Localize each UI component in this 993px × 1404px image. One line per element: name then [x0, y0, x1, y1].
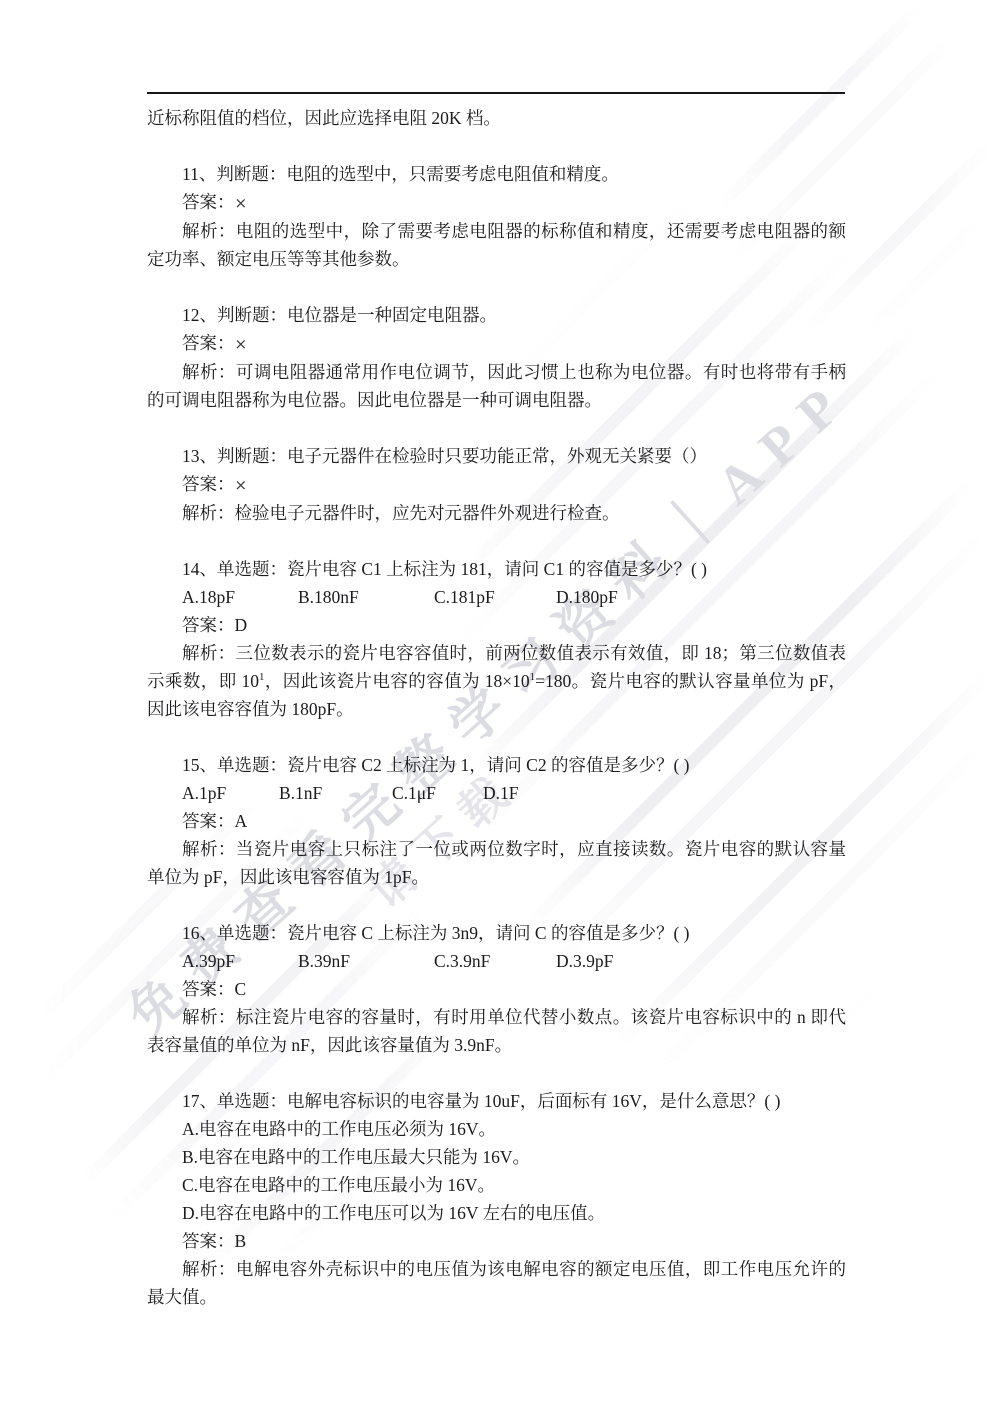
- option-c: C.1μF: [392, 779, 483, 807]
- answer-value: ×: [235, 335, 248, 353]
- question-12: 12、判断题：电位器是一种固定电阻器。 答案：× 解析：可调电阻器通常用作电位调…: [147, 301, 846, 414]
- answer-line: 答案：C: [147, 975, 846, 1003]
- question-11: 11、判断题：电阻的选型中，只需要考虑电阻值和精度。 答案：× 解析：电阻的选型…: [147, 160, 846, 273]
- answer-label: 答案：: [182, 615, 235, 635]
- answer-value: A: [235, 811, 248, 831]
- option-line-d: D.电容在电路中的工作电压可以为 16V 左右的电压值。: [147, 1199, 846, 1227]
- analysis-label: 解析：: [182, 1007, 236, 1027]
- answer-line: 答案：×: [147, 329, 846, 358]
- analysis-text: 当瓷片电容上只标注了一位或两位数字时，应直接读数。瓷片电容的默认容量单位为 pF…: [147, 839, 846, 887]
- analysis-text: 电阻的选型中，除了需要考虑电阻器的标称值和精度，还需要考虑电阻器的额定功率、额定…: [147, 221, 846, 269]
- answer-line: 答案：×: [147, 470, 846, 499]
- answer-label: 答案：: [182, 1231, 235, 1251]
- analysis-text: 电解电容外壳标识中的电压值为该电解电容的额定电压值，即工作电压允许的最大值。: [147, 1259, 846, 1307]
- analysis-label: 解析：: [182, 839, 236, 859]
- question-title: 15、单选题：瓷片电容 C2 上标注为 1，请问 C2 的容值是多少？( ): [147, 751, 846, 779]
- analysis-line: 解析：可调电阻器通常用作电位调节，因此习惯上也称为电位器。有时也将带有手柄的可调…: [147, 358, 846, 414]
- answer-value: ×: [235, 194, 248, 212]
- option-a: A.1pF: [182, 779, 279, 807]
- question-17: 17、单选题：电解电容标识的电容量为 10uF，后面标有 16V，是什么意思？(…: [147, 1087, 846, 1311]
- answer-line: 答案：A: [147, 807, 846, 835]
- intro-continuation-line: 近标称阻值的档位，因此应选择电阻 20K 档。: [147, 104, 846, 132]
- analysis-line: 解析：电阻的选型中，除了需要考虑电阻器的标称值和精度，还需要考虑电阻器的额定功率…: [147, 217, 846, 273]
- options-row: A.18pFB.180nFC.181pFD.180pF: [147, 583, 846, 611]
- answer-line: 答案：×: [147, 188, 846, 217]
- analysis-text: 标注瓷片电容的容量时，有时用单位代替小数点。该瓷片电容标识中的 n 即代表容量值…: [147, 1007, 846, 1055]
- analysis-line: 解析：三位数表示的瓷片电容容值时，前两位数值表示有效值，即 18；第三位数值表示…: [147, 639, 846, 723]
- option-b: B.1nF: [279, 779, 392, 807]
- analysis-label: 解析：: [182, 503, 235, 523]
- question-14: 14、单选题：瓷片电容 C1 上标注为 181，请问 C1 的容值是多少？( )…: [147, 555, 846, 723]
- option-c: C.3.9nF: [434, 947, 556, 975]
- option-d: D.3.9pF: [556, 947, 613, 975]
- question-16: 16、单选题：瓷片电容 C 上标注为 3n9，请问 C 的容值是多少？( ) A…: [147, 919, 846, 1059]
- option-c: C.181pF: [434, 583, 556, 611]
- question-title: 12、判断题：电位器是一种固定电阻器。: [147, 301, 846, 329]
- answer-label: 答案：: [182, 333, 235, 353]
- answer-value: ×: [235, 476, 248, 494]
- question-title: 16、单选题：瓷片电容 C 上标注为 3n9，请问 C 的容值是多少？( ): [147, 919, 846, 947]
- options-row: A.1pFB.1nFC.1μFD.1F: [147, 779, 846, 807]
- analysis-line: 解析：检验电子元器件时，应先对元器件外观进行检查。: [147, 499, 846, 527]
- options-row: A.39pFB.39nFC.3.9nFD.3.9pF: [147, 947, 846, 975]
- answer-value: B: [235, 1231, 247, 1251]
- analysis-label: 解析：: [182, 362, 236, 382]
- option-line-c: C.电容在电路中的工作电压最小为 16V。: [147, 1171, 846, 1199]
- answer-label: 答案：: [182, 979, 235, 999]
- answer-label: 答案：: [182, 811, 235, 831]
- answer-line: 答案：D: [147, 611, 846, 639]
- analysis-line: 解析：标注瓷片电容的容量时，有时用单位代替小数点。该瓷片电容标识中的 n 即代表…: [147, 1003, 846, 1059]
- answer-value: D: [235, 615, 248, 635]
- question-title: 11、判断题：电阻的选型中，只需要考虑电阻值和精度。: [147, 160, 846, 188]
- document-page: { "page": { "intro_line": "近标称阻值的档位，因此应选…: [0, 0, 993, 1404]
- option-b: B.180nF: [298, 583, 434, 611]
- question-13: 13、判断题：电子元器件在检验时只要功能正常，外观无关紧要（） 答案：× 解析：…: [147, 442, 846, 527]
- header-rule: [147, 92, 845, 94]
- question-title: 14、单选题：瓷片电容 C1 上标注为 181，请问 C1 的容值是多少？( ): [147, 555, 846, 583]
- option-b: B.39nF: [298, 947, 434, 975]
- answer-line: 答案：B: [147, 1227, 846, 1255]
- option-d: D.1F: [483, 779, 519, 807]
- analysis-text: 检验电子元器件时，应先对元器件外观进行检查。: [235, 503, 620, 523]
- analysis-label: 解析：: [182, 221, 236, 241]
- option-a: A.39pF: [182, 947, 298, 975]
- question-15: 15、单选题：瓷片电容 C2 上标注为 1，请问 C2 的容值是多少？( ) A…: [147, 751, 846, 891]
- analysis-label: 解析：: [182, 1259, 236, 1279]
- analysis-label: 解析：: [182, 643, 236, 663]
- option-line-b: B.电容在电路中的工作电压最大只能为 16V。: [147, 1143, 846, 1171]
- question-title: 17、单选题：电解电容标识的电容量为 10uF，后面标有 16V，是什么意思？(…: [147, 1087, 846, 1115]
- option-d: D.180pF: [556, 583, 618, 611]
- option-a: A.18pF: [182, 583, 298, 611]
- analysis-line: 解析：电解电容外壳标识中的电压值为该电解电容的额定电压值，即工作电压允许的最大值…: [147, 1255, 846, 1311]
- analysis-text-seg2: ，因此该瓷片电容的容值为 18×10: [264, 671, 529, 691]
- answer-label: 答案：: [182, 474, 235, 494]
- option-line-a: A.电容在电路中的工作电压必须为 16V。: [147, 1115, 846, 1143]
- answer-value: C: [235, 979, 247, 999]
- document-content: 近标称阻值的档位，因此应选择电阻 20K 档。 11、判断题：电阻的选型中，只需…: [147, 104, 846, 1311]
- question-title: 13、判断题：电子元器件在检验时只要功能正常，外观无关紧要（）: [147, 442, 846, 470]
- answer-label: 答案：: [182, 192, 235, 212]
- analysis-line: 解析：当瓷片电容上只标注了一位或两位数字时，应直接读数。瓷片电容的默认容量单位为…: [147, 835, 846, 891]
- analysis-text: 可调电阻器通常用作电位调节，因此习惯上也称为电位器。有时也将带有手柄的可调电阻器…: [147, 362, 846, 410]
